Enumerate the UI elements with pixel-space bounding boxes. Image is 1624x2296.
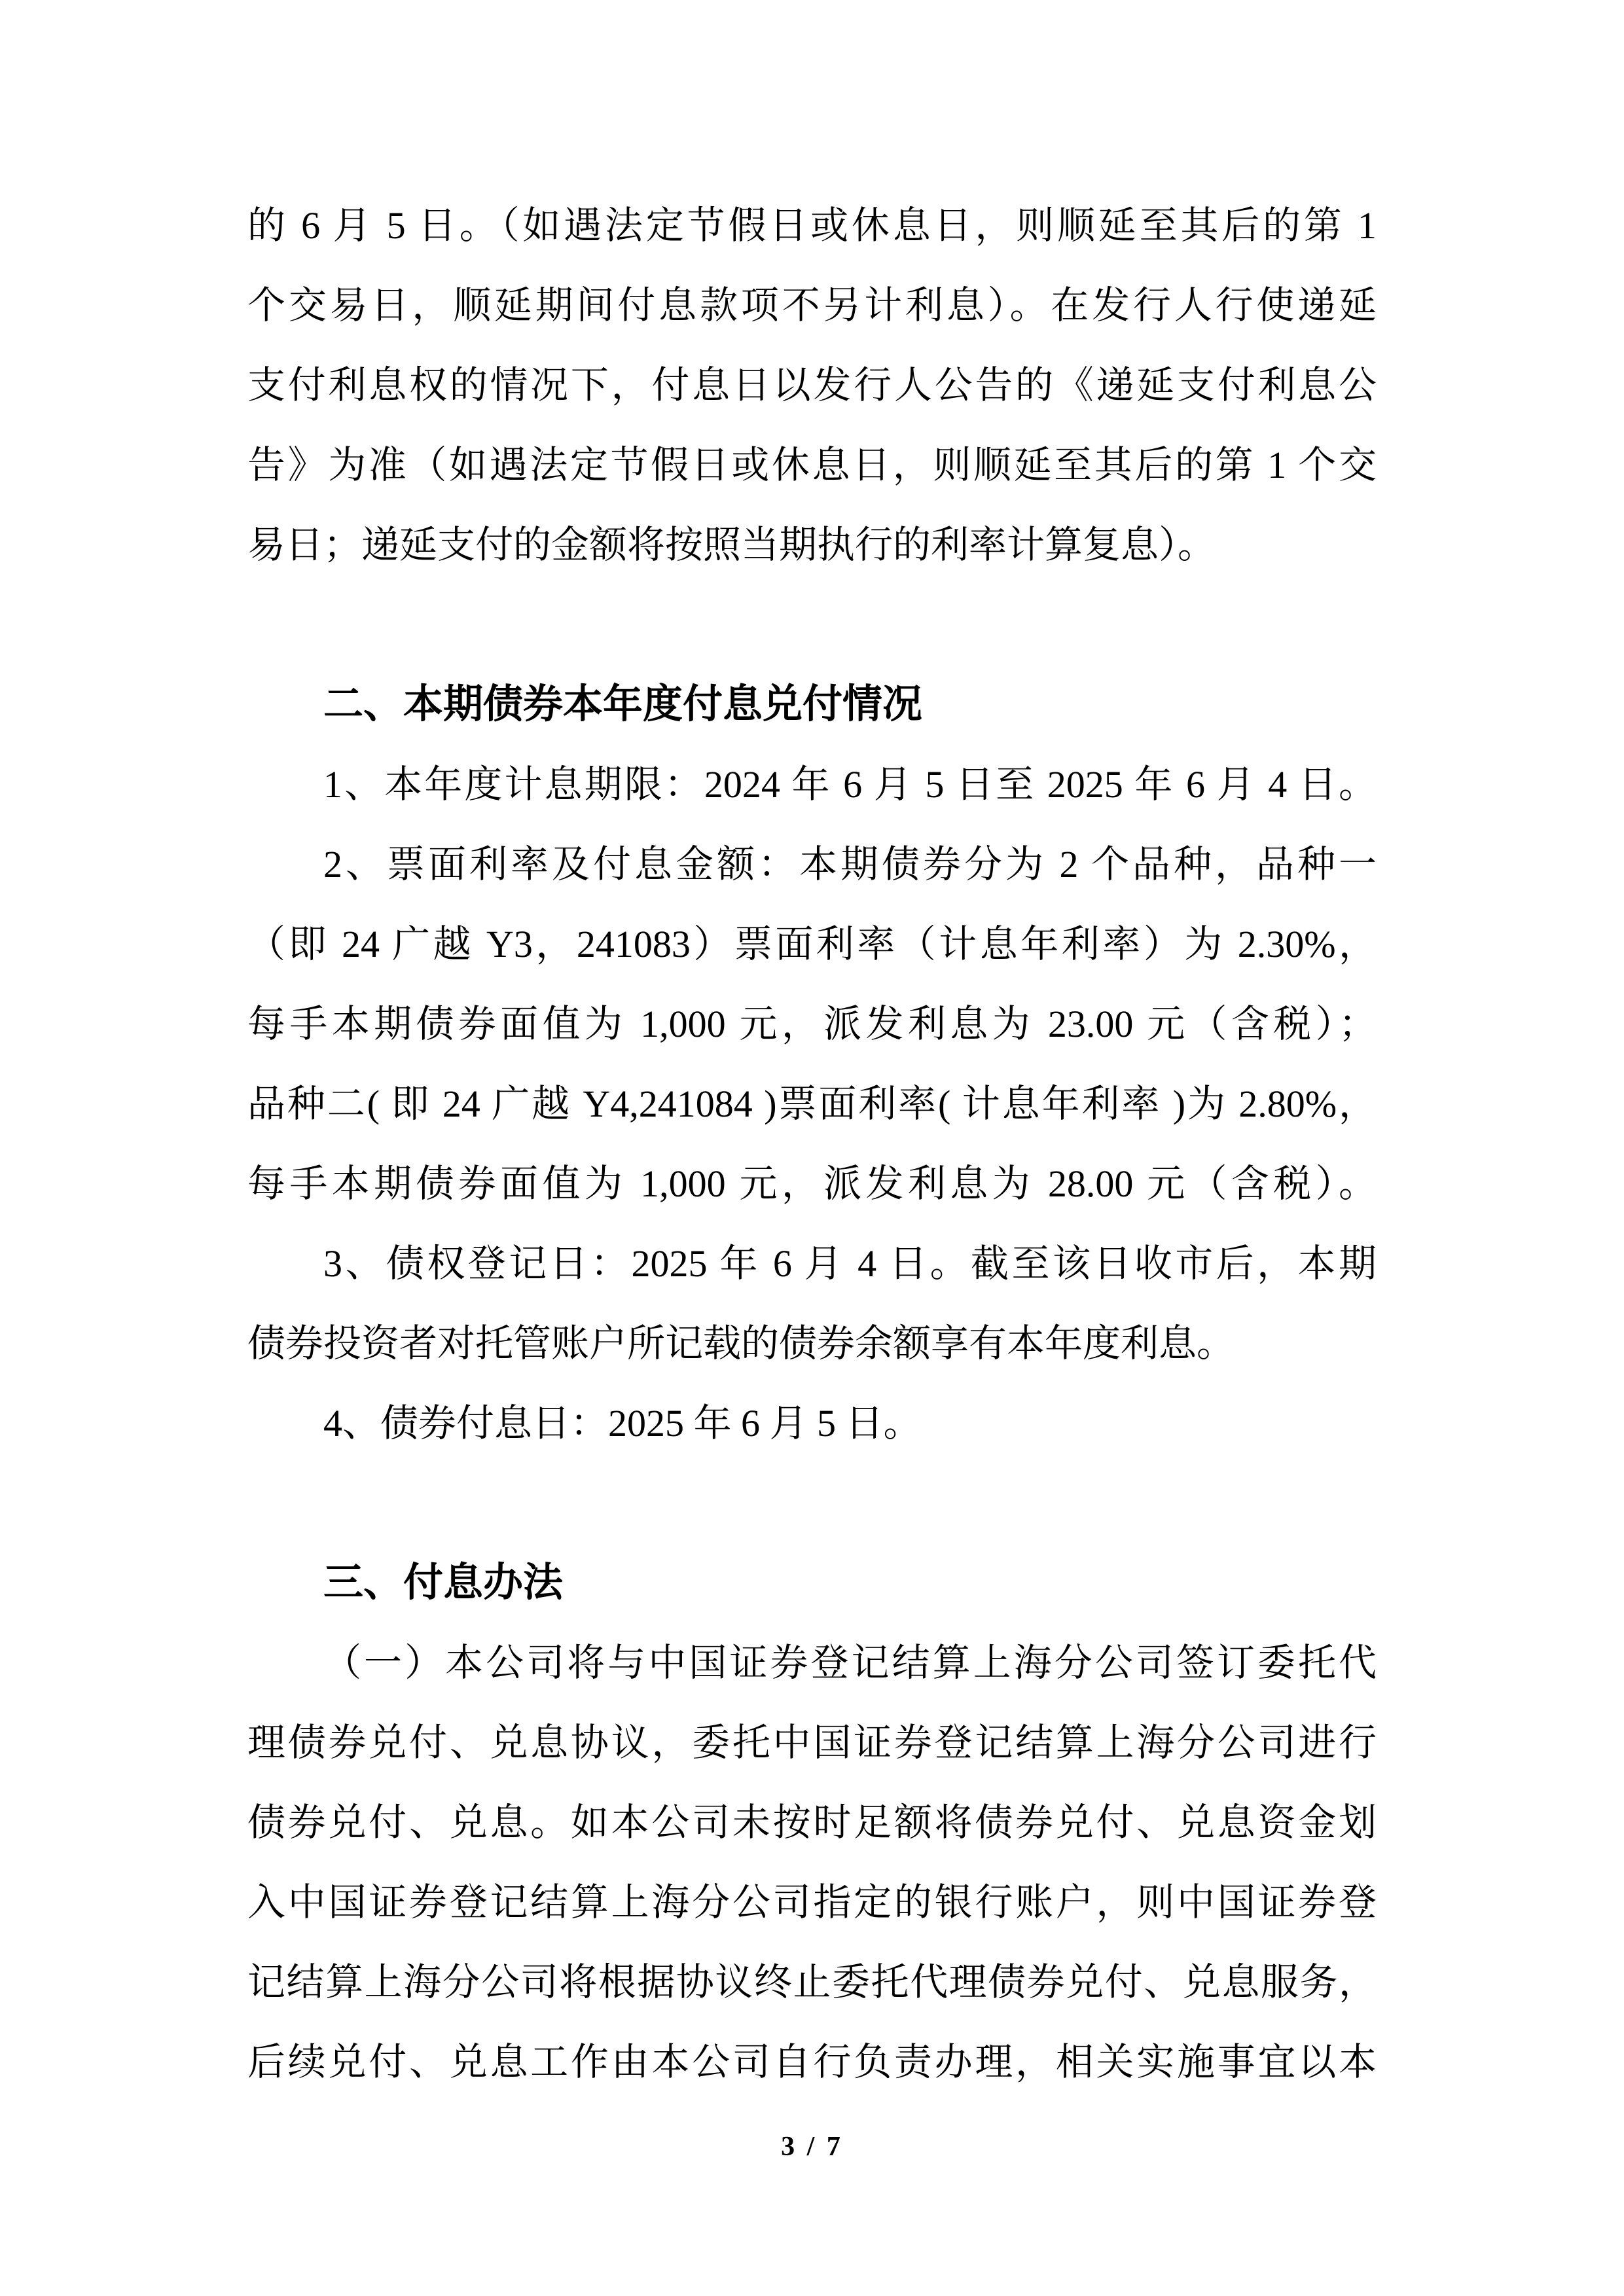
para-line: 入中国证券登记结算上海分公司指定的银行账户，则中国证券登	[247, 1863, 1377, 1943]
list-item-2-line: 2、票面利率及付息金额：本期债券分为 2 个品种，品种一	[247, 825, 1377, 905]
para-line: 债券兑付、兑息。如本公司未按时足额将债券兑付、兑息资金划	[247, 1783, 1377, 1863]
document-page: 的 6 月 5 日。（如遇法定节假日或休息日，则顺延至其后的第 1 个交易日，顺…	[0, 0, 1624, 2296]
para-line: 后续兑付、兑息工作由本公司自行负责办理，相关实施事宜以本	[247, 2022, 1377, 2102]
blank-line	[247, 585, 1377, 665]
heading-section-3: 三、付息办法	[247, 1543, 1377, 1623]
list-item-1-line: 1、本年度计息期限：2024 年 6 月 5 日至 2025 年 6 月 4 日…	[247, 745, 1377, 825]
list-item-4-line: 4、债券付息日：2025 年 6 月 5 日。	[247, 1384, 1377, 1463]
para-line: 品种二( 即 24 广越 Y4,241084 )票面利率( 计息年利率 )为 2…	[247, 1064, 1377, 1144]
heading-section-2: 二、本期债券本年度付息兑付情况	[247, 665, 1377, 745]
document-body: 的 6 月 5 日。（如遇法定节假日或休息日，则顺延至其后的第 1 个交易日，顺…	[247, 186, 1377, 2102]
para-line: 支付利息权的情况下，付息日以发行人公告的《递延支付利息公	[247, 346, 1377, 425]
para-line: 每手本期债券面值为 1,000 元，派发利息为 28.00 元（含税）。	[247, 1144, 1377, 1224]
list-item-3-line: 3、债权登记日：2025 年 6 月 4 日。截至该日收市后，本期	[247, 1224, 1377, 1304]
para-line: 记结算上海分公司将根据协议终止委托代理债券兑付、兑息服务，	[247, 1943, 1377, 2022]
blank-line	[247, 1463, 1377, 1543]
para-line: 易日；递延支付的金额将按照当期执行的利率计算复息）。	[247, 505, 1377, 585]
page-number: 3 / 7	[0, 2128, 1624, 2165]
para-line: 债券投资者对托管账户所记载的债券余额享有本年度利息。	[247, 1304, 1377, 1384]
para-line: 个交易日，顺延期间付息款项不另计利息）。在发行人行使递延	[247, 266, 1377, 346]
para-line: 每手本期债券面值为 1,000 元，派发利息为 23.00 元（含税）；	[247, 984, 1377, 1064]
para-line: 告》为准（如遇法定节假日或休息日，则顺延至其后的第 1 个交	[247, 425, 1377, 505]
para-line: 的 6 月 5 日。（如遇法定节假日或休息日，则顺延至其后的第 1	[247, 186, 1377, 266]
para-line: （一）本公司将与中国证券登记结算上海分公司签订委托代	[247, 1623, 1377, 1703]
para-line: 理债券兑付、兑息协议，委托中国证券登记结算上海分公司进行	[247, 1703, 1377, 1783]
para-line: （即 24 广越 Y3，241083）票面利率（计息年利率）为 2.30%，	[247, 905, 1377, 984]
